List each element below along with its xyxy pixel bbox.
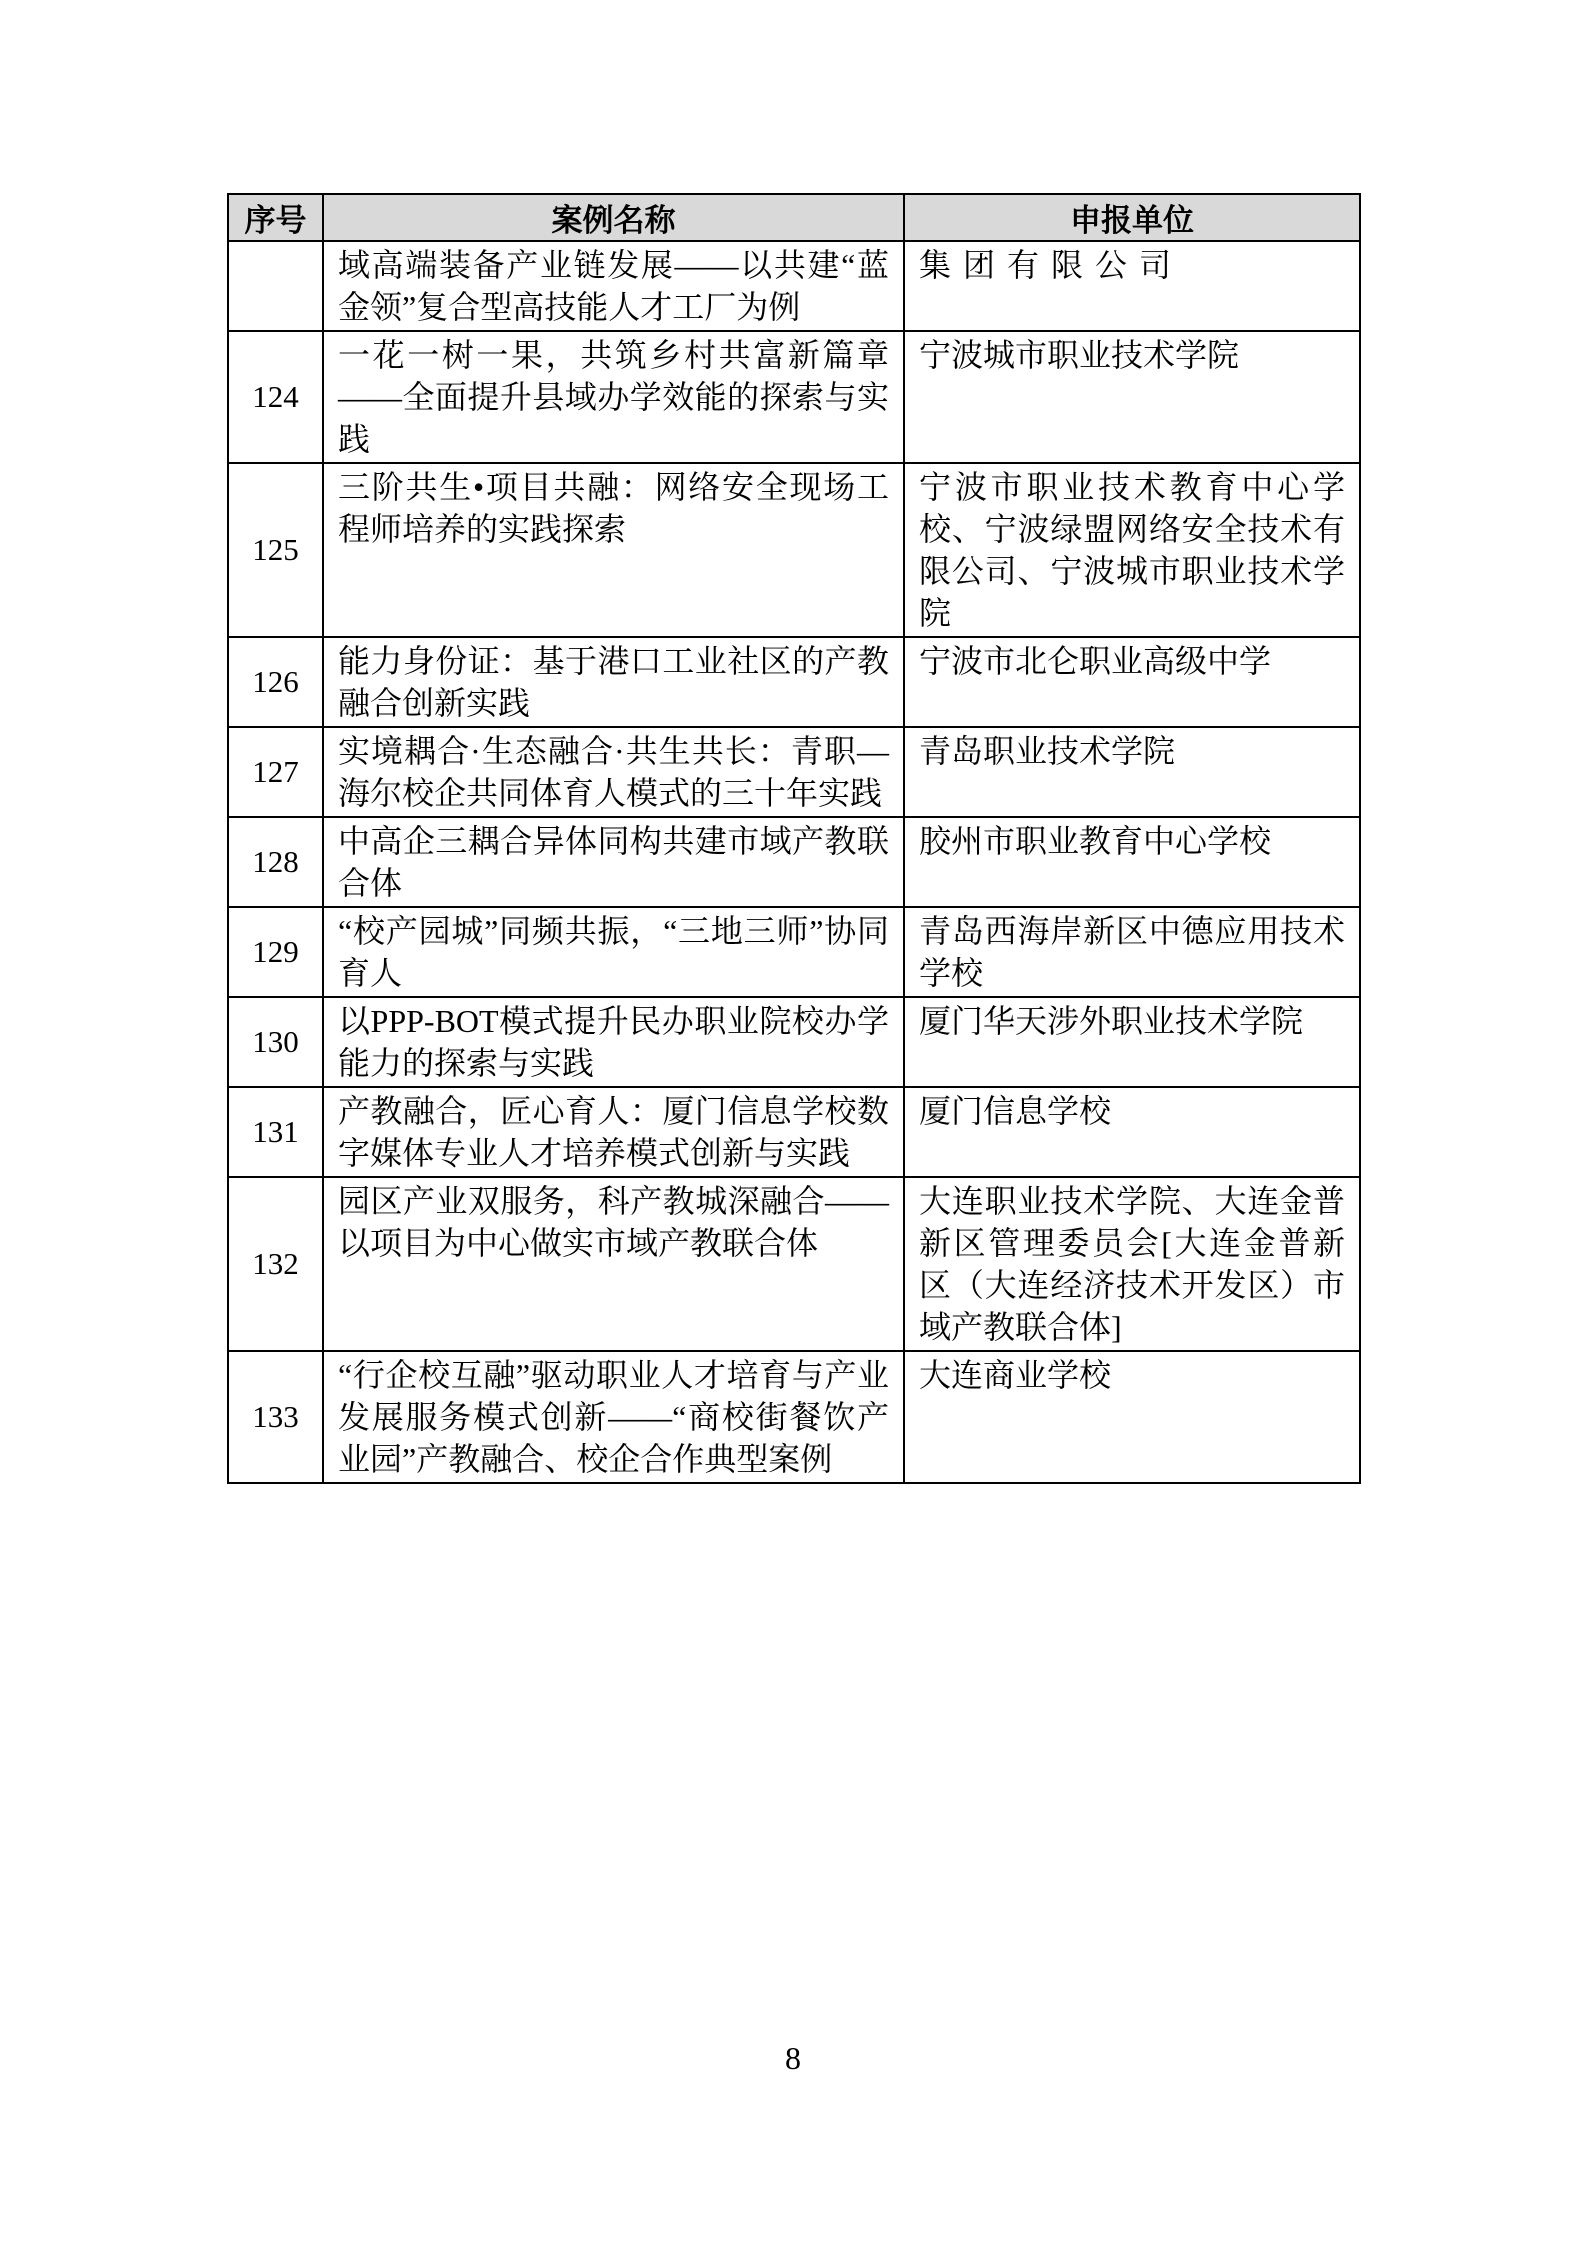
table-row: 125 三阶共生•项目共融：网络安全现场工程师培养的实践探索 宁波市职业技术教育… xyxy=(228,463,1360,637)
case-name-cell: 产教融合，匠心育人：厦门信息学校数字媒体专业人才培养模式创新与实践 xyxy=(323,1087,904,1177)
table-row: 域高端装备产业链发展——以共建“蓝金领”复合型高技能人才工厂为例 集团有限公司 xyxy=(228,241,1360,331)
unit-cell: 集团有限公司 xyxy=(904,241,1360,331)
table-row: 124 一花一树一果，共筑乡村共富新篇章——全面提升县域办学效能的探索与实践 宁… xyxy=(228,331,1360,463)
case-name-cell: 能力身份证：基于港口工业社区的产教融合创新实践 xyxy=(323,637,904,727)
unit-cell: 宁波城市职业技术学院 xyxy=(904,331,1360,463)
unit-cell: 胶州市职业教育中心学校 xyxy=(904,817,1360,907)
unit-cell: 大连商业学校 xyxy=(904,1351,1360,1483)
table-header: 序号 案例名称 申报单位 xyxy=(228,194,1360,241)
case-name-cell: “校产园城”同频共振，“三地三师”协同育人 xyxy=(323,907,904,997)
case-name-cell: 域高端装备产业链发展——以共建“蓝金领”复合型高技能人才工厂为例 xyxy=(323,241,904,331)
unit-cell: 宁波市职业技术教育中心学校、宁波绿盟网络安全技术有限公司、宁波城市职业技术学院 xyxy=(904,463,1360,637)
serial-cell: 133 xyxy=(228,1351,323,1483)
unit-cell: 厦门信息学校 xyxy=(904,1087,1360,1177)
serial-cell: 131 xyxy=(228,1087,323,1177)
case-name-cell: 三阶共生•项目共融：网络安全现场工程师培养的实践探索 xyxy=(323,463,904,637)
serial-cell: 124 xyxy=(228,331,323,463)
table-row: 132 园区产业双服务，科产教城深融合——以项目为中心做实市域产教联合体 大连职… xyxy=(228,1177,1360,1351)
unit-cell: 宁波市北仑职业高级中学 xyxy=(904,637,1360,727)
case-name-cell: “行企校互融”驱动职业人才培育与产业发展服务模式创新——“商校街餐饮产业园”产教… xyxy=(323,1351,904,1483)
serial-cell: 130 xyxy=(228,997,323,1087)
header-unit: 申报单位 xyxy=(904,194,1360,241)
serial-cell: 129 xyxy=(228,907,323,997)
table-row: 127 实境耦合·生态融合·共生共长：青职—海尔校企共同体育人模式的三十年实践 … xyxy=(228,727,1360,817)
table-row: 128 中高企三耦合异体同构共建市域产教联合体 胶州市职业教育中心学校 xyxy=(228,817,1360,907)
document-page: 序号 案例名称 申报单位 域高端装备产业链发展——以共建“蓝金领”复合型高技能人… xyxy=(0,0,1587,2245)
case-name-cell: 园区产业双服务，科产教城深融合——以项目为中心做实市域产教联合体 xyxy=(323,1177,904,1351)
unit-cell: 青岛职业技术学院 xyxy=(904,727,1360,817)
header-row: 序号 案例名称 申报单位 xyxy=(228,194,1360,241)
table-row: 133 “行企校互融”驱动职业人才培育与产业发展服务模式创新——“商校街餐饮产业… xyxy=(228,1351,1360,1483)
case-name-cell: 一花一树一果，共筑乡村共富新篇章——全面提升县域办学效能的探索与实践 xyxy=(323,331,904,463)
case-name-cell: 以PPP-BOT模式提升民办职业院校办学能力的探索与实践 xyxy=(323,997,904,1087)
table-row: 126 能力身份证：基于港口工业社区的产教融合创新实践 宁波市北仑职业高级中学 xyxy=(228,637,1360,727)
table-body: 域高端装备产业链发展——以共建“蓝金领”复合型高技能人才工厂为例 集团有限公司 … xyxy=(228,241,1360,1483)
serial-cell: 126 xyxy=(228,637,323,727)
table-row: 131 产教融合，匠心育人：厦门信息学校数字媒体专业人才培养模式创新与实践 厦门… xyxy=(228,1087,1360,1177)
serial-cell: 132 xyxy=(228,1177,323,1351)
header-case-name: 案例名称 xyxy=(323,194,904,241)
header-serial: 序号 xyxy=(228,194,323,241)
unit-cell: 大连职业技术学院、大连金普新区管理委员会[大连金普新区（大连经济技术开发区）市域… xyxy=(904,1177,1360,1351)
page-number: 8 xyxy=(227,2040,1359,2077)
case-table: 序号 案例名称 申报单位 域高端装备产业链发展——以共建“蓝金领”复合型高技能人… xyxy=(227,193,1361,1484)
table-row: 129 “校产园城”同频共振，“三地三师”协同育人 青岛西海岸新区中德应用技术学… xyxy=(228,907,1360,997)
case-name-cell: 中高企三耦合异体同构共建市域产教联合体 xyxy=(323,817,904,907)
serial-cell: 127 xyxy=(228,727,323,817)
unit-cell: 厦门华天涉外职业技术学院 xyxy=(904,997,1360,1087)
serial-cell: 128 xyxy=(228,817,323,907)
serial-cell: 125 xyxy=(228,463,323,637)
table-row: 130 以PPP-BOT模式提升民办职业院校办学能力的探索与实践 厦门华天涉外职… xyxy=(228,997,1360,1087)
unit-cell: 青岛西海岸新区中德应用技术学校 xyxy=(904,907,1360,997)
case-name-cell: 实境耦合·生态融合·共生共长：青职—海尔校企共同体育人模式的三十年实践 xyxy=(323,727,904,817)
serial-cell xyxy=(228,241,323,331)
